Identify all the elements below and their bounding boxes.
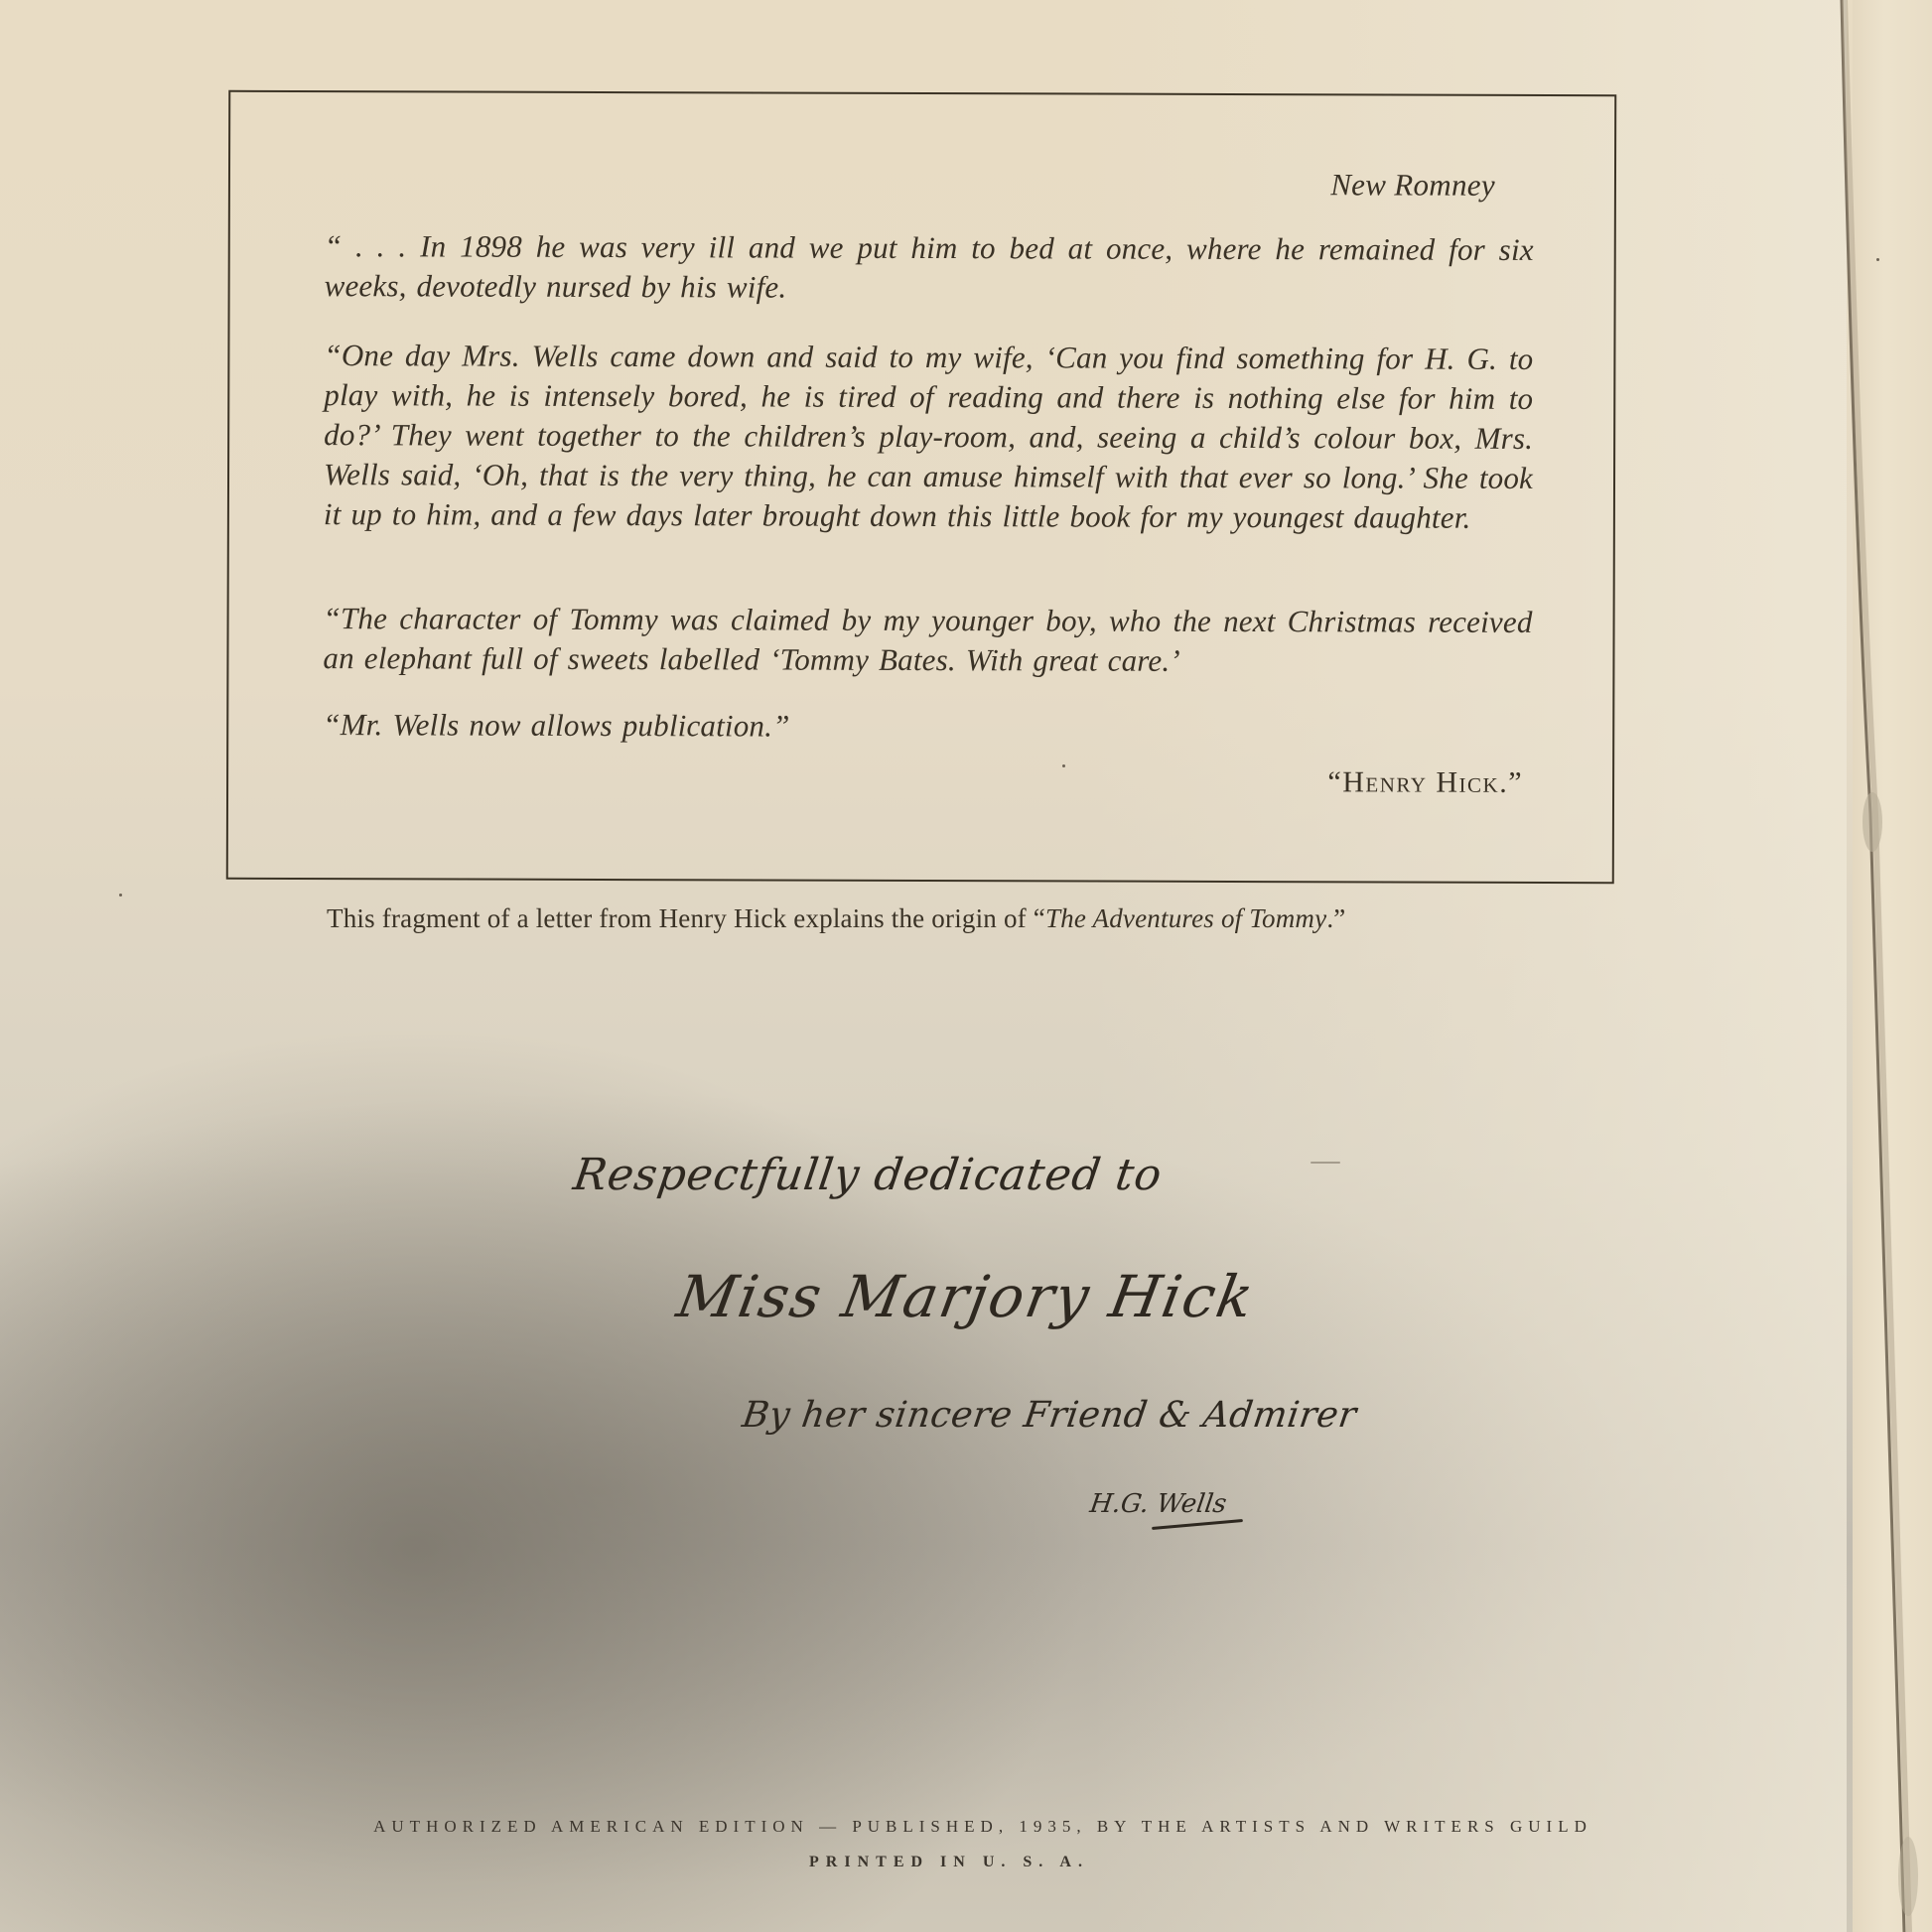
letter-signature: “Henry Hick.” [1327,765,1523,800]
letter-place: New Romney [1330,167,1495,204]
adjacent-page-edge [1853,0,1932,1932]
letter-paragraph: “Mr. Wells now allows publication.” [323,705,1532,749]
paper-mark [1311,1162,1340,1164]
caption-text: This fragment of a letter from Henry Hic… [327,903,1045,933]
dedication-signature: H.G. Wells [1088,1489,1228,1519]
letter-fragment-box: New Romney “ . . . In 1898 he was very i… [226,90,1616,884]
letter-paragraph: “ . . . In 1898 he was very ill and we p… [325,226,1534,310]
paper-speck [1062,764,1065,767]
dedication-heading: Respectfully dedicated to [570,1150,1165,1200]
caption-book-title: The Adventures of Tommy [1045,903,1326,933]
colophon-printed: PRINTED IN U. S. A. [26,1854,1872,1871]
caption-end: .” [1326,903,1345,933]
paper-speck [1876,258,1879,261]
letter-paragraph: “One day Mrs. Wells came down and said t… [324,336,1534,538]
dedication-from: By her sincere Friend & Admirer [740,1395,1359,1436]
letter-paragraph: “The character of Tommy was claimed by m… [323,599,1532,682]
dedication-recipient: Miss Marjory Hick [672,1263,1260,1330]
colophon-edition: AUTHORIZED AMERICAN EDITION — PUBLISHED,… [60,1817,1906,1837]
letter-caption: This fragment of a letter from Henry Hic… [327,903,1617,934]
paper-speck [119,894,122,897]
